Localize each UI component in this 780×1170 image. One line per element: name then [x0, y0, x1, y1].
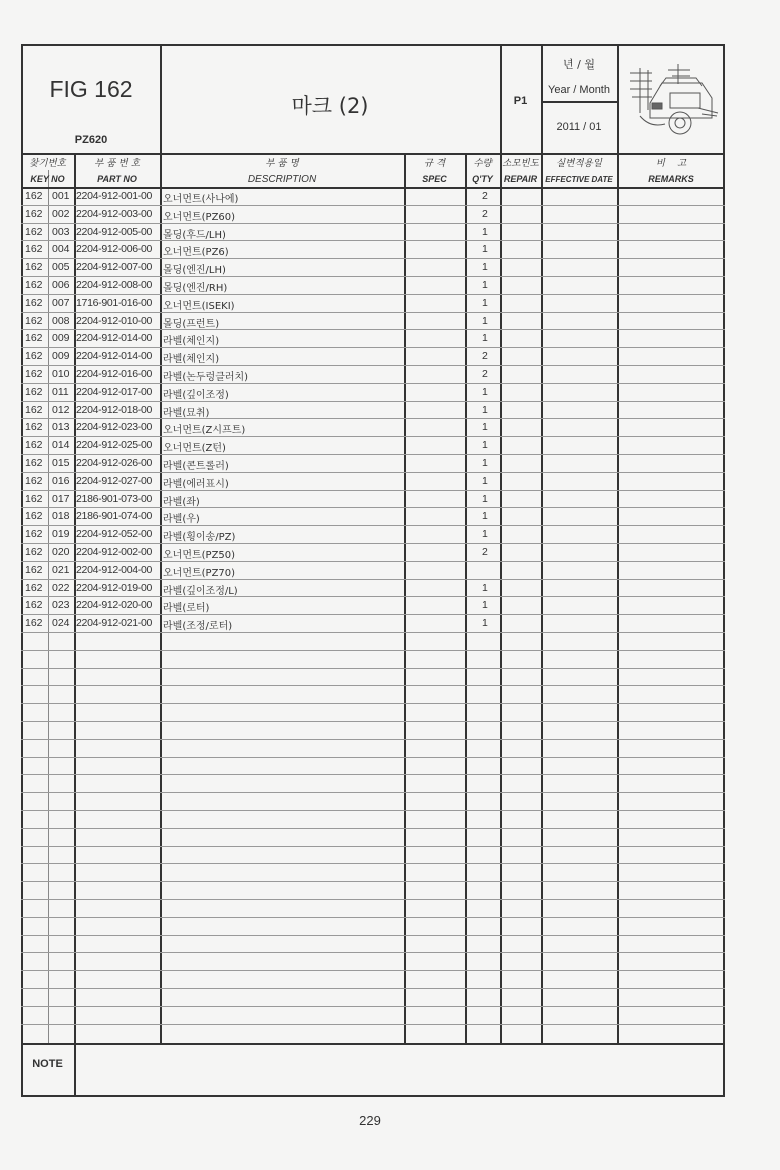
header-repair-en: REPAIR — [500, 174, 541, 184]
table-row: 1620202204-912-002-00오너먼트(PZ50)2 — [21, 544, 725, 562]
qty-cell: 1 — [482, 475, 488, 487]
fig-cell: 162 — [25, 368, 43, 380]
part-number-cell: 2204-912-001-00 — [76, 190, 152, 202]
description-cell: 오너먼트(Z턴) — [163, 439, 226, 454]
qty-cell: 1 — [482, 582, 488, 594]
key-cell: 001 — [52, 190, 70, 202]
description-cell: 오너먼트(ISEKI) — [163, 297, 235, 312]
fig-cell: 162 — [25, 564, 43, 576]
row-divider — [21, 436, 725, 437]
table-row: 1620071716-901-016-00오너먼트(ISEKI)1 — [21, 295, 725, 313]
table-row: 1620192204-912-052-00라벨(횡이송/PZ)1 — [21, 526, 725, 544]
fig-cell: 162 — [25, 457, 43, 469]
part-number-cell: 2204-912-018-00 — [76, 404, 152, 416]
qty-cell: 1 — [482, 243, 488, 255]
description-cell: 라벨(체인지) — [163, 332, 219, 347]
header-qty-en: Q'TY — [465, 174, 500, 184]
description-cell: 오너먼트(사나에) — [163, 190, 238, 205]
fig-cell: 162 — [25, 439, 43, 451]
row-divider — [21, 917, 725, 918]
row-divider — [21, 454, 725, 455]
qty-cell: 1 — [482, 528, 488, 540]
description-cell: 몰딩(후드/LH) — [163, 226, 226, 241]
row-divider — [21, 312, 725, 313]
header-spec-en: SPEC — [404, 174, 465, 184]
row-divider — [21, 294, 725, 295]
row-divider — [21, 596, 725, 597]
fig-cell: 162 — [25, 261, 43, 273]
header-qty-ko: 수량 — [465, 155, 500, 169]
part-number-cell: 2186-901-074-00 — [76, 510, 152, 522]
header-date-ko: 실변적용일 — [541, 155, 617, 169]
divider — [541, 101, 617, 103]
part-number-cell: 2204-912-016-00 — [76, 368, 152, 380]
row-divider — [21, 935, 725, 936]
row-divider — [21, 899, 725, 900]
header-repair-ko: 소모빈도 — [500, 155, 541, 169]
description-cell: 라벨(묘취) — [163, 404, 209, 419]
fig-cell: 162 — [25, 208, 43, 220]
key-cell: 024 — [52, 617, 70, 629]
part-number-cell: 2204-912-005-00 — [76, 226, 152, 238]
description-cell: 라벨(횡이송/PZ) — [163, 528, 235, 543]
key-cell: 021 — [52, 564, 70, 576]
table-row: 1620222204-912-019-00라벨(깊이조정/L)1 — [21, 580, 725, 598]
table-row: 1620102204-912-016-00라벨(논두렁클러치)2 — [21, 366, 725, 384]
header-key-en: KEY NO — [21, 174, 74, 184]
key-cell: 015 — [52, 457, 70, 469]
qty-cell: 1 — [482, 617, 488, 629]
part-number-cell: 2204-912-002-00 — [76, 546, 152, 558]
row-divider — [21, 258, 725, 259]
table-row: 1620122204-912-018-00라벨(묘취)1 — [21, 402, 725, 420]
qty-cell: 1 — [482, 439, 488, 451]
description-cell: 라벨(콘트롤러) — [163, 457, 229, 472]
description-cell: 오너먼트(Z시프트) — [163, 421, 245, 436]
row-divider — [21, 223, 725, 224]
row-divider — [21, 650, 725, 651]
table-row: 1620132204-912-023-00오너먼트(Z시프트)1 — [21, 419, 725, 437]
table-row: 1620092204-912-014-00라벨(체인지)1 — [21, 330, 725, 348]
fig-cell: 162 — [25, 226, 43, 238]
header-desc-en: DESCRIPTION — [160, 174, 404, 185]
row-divider — [21, 739, 725, 740]
page-code: P1 — [500, 95, 541, 107]
row-divider — [21, 952, 725, 953]
fig-cell: 162 — [25, 617, 43, 629]
key-cell: 019 — [52, 528, 70, 540]
row-divider — [21, 614, 725, 615]
key-cell: 009 — [52, 332, 70, 344]
qty-cell: 1 — [482, 279, 488, 291]
part-number-cell: 2186-901-073-00 — [76, 493, 152, 505]
table-row: 1620012204-912-001-00오너먼트(사나에)2 — [21, 188, 725, 206]
key-cell: 008 — [52, 315, 70, 327]
page-title: 마크 (2) — [160, 90, 500, 120]
qty-cell: 1 — [482, 261, 488, 273]
description-cell: 라벨(좌) — [163, 493, 200, 508]
row-divider — [21, 846, 725, 847]
part-number-cell: 2204-912-008-00 — [76, 279, 152, 291]
part-number-cell: 2204-912-027-00 — [76, 475, 152, 487]
row-divider — [21, 418, 725, 419]
table-row: 1620232204-912-020-00라벨(로터)1 — [21, 597, 725, 615]
key-cell: 011 — [52, 386, 69, 398]
part-number-cell: 1716-901-016-00 — [76, 297, 152, 309]
qty-cell: 1 — [482, 493, 488, 505]
table-row: 1620172186-901-073-00라벨(좌)1 — [21, 491, 725, 509]
description-cell: 오너먼트(PZ70) — [163, 564, 235, 579]
key-cell: 020 — [52, 546, 70, 558]
key-cell: 014 — [52, 439, 70, 451]
part-number-cell: 2204-912-014-00 — [76, 332, 152, 344]
year-month-value: 2011 / 01 — [541, 121, 617, 133]
key-cell: 013 — [52, 421, 70, 433]
description-cell: 오너먼트(PZ50) — [163, 546, 235, 561]
table-row: 1620152204-912-026-00라벨(콘트롤러)1 — [21, 455, 725, 473]
table-row: 1620052204-912-007-00몰딩(엔진/LH)1 — [21, 259, 725, 277]
header-date-en: EFFECTIVE DATE — [541, 175, 617, 184]
header-remarks-en: REMARKS — [617, 174, 725, 184]
part-number-cell: 2204-912-020-00 — [76, 599, 152, 611]
row-divider — [21, 543, 725, 544]
key-cell: 005 — [52, 261, 70, 273]
model-name: PZ620 — [22, 134, 160, 146]
fig-cell: 162 — [25, 493, 43, 505]
row-divider — [21, 490, 725, 491]
fig-cell: 162 — [25, 315, 43, 327]
row-divider — [21, 401, 725, 402]
description-cell: 라벨(우) — [163, 510, 200, 525]
table-row: 1620032204-912-005-00몰딩(후드/LH)1 — [21, 224, 725, 242]
description-cell: 라벨(에러표시) — [163, 475, 229, 490]
table-row: 1620162204-912-027-00라벨(에러표시)1 — [21, 473, 725, 491]
key-cell: 006 — [52, 279, 70, 291]
row-divider — [21, 685, 725, 686]
qty-cell: 1 — [482, 226, 488, 238]
row-divider — [21, 721, 725, 722]
row-divider — [21, 810, 725, 811]
part-number-cell: 2204-912-004-00 — [76, 564, 152, 576]
qty-cell: 1 — [482, 457, 488, 469]
qty-cell: 2 — [482, 546, 488, 558]
row-divider — [21, 970, 725, 971]
rice-transplanter-illustration-icon — [620, 48, 722, 148]
fig-cell: 162 — [25, 297, 43, 309]
qty-cell: 1 — [482, 315, 488, 327]
fig-cell: 162 — [25, 475, 43, 487]
key-cell: 002 — [52, 208, 70, 220]
fig-cell: 162 — [25, 528, 43, 540]
qty-cell: 1 — [482, 404, 488, 416]
key-cell: 010 — [52, 368, 70, 380]
fig-cell: 162 — [25, 243, 43, 255]
row-divider — [21, 703, 725, 704]
part-number-cell: 2204-912-003-00 — [76, 208, 152, 220]
part-number-cell: 2204-912-010-00 — [76, 315, 152, 327]
fig-cell: 162 — [25, 404, 43, 416]
page-number: 229 — [340, 1113, 400, 1128]
row-divider — [21, 205, 725, 206]
qty-cell: 2 — [482, 190, 488, 202]
row-divider — [21, 383, 725, 384]
header-desc-ko: 부 품 명 — [160, 155, 404, 169]
row-divider — [21, 365, 725, 366]
fig-cell: 162 — [25, 582, 43, 594]
fig-cell: 162 — [25, 546, 43, 558]
part-number-cell: 2204-912-025-00 — [76, 439, 152, 451]
row-divider — [21, 240, 725, 241]
table-row: 1620022204-912-003-00오너먼트(PZ60)2 — [21, 206, 725, 224]
fig-cell: 162 — [25, 510, 43, 522]
fig-cell: 162 — [25, 332, 43, 344]
row-divider — [21, 347, 725, 348]
header-part-en: PART NO — [74, 174, 160, 184]
note-label: NOTE — [21, 1058, 74, 1070]
description-cell: 라벨(깊이조정/L) — [163, 582, 238, 597]
qty-cell: 1 — [482, 386, 488, 398]
divider — [21, 1043, 725, 1045]
row-divider — [21, 329, 725, 330]
row-divider — [21, 276, 725, 277]
row-divider — [21, 774, 725, 775]
description-cell: 라벨(로터) — [163, 599, 209, 614]
row-divider — [21, 472, 725, 473]
fig-cell: 162 — [25, 599, 43, 611]
header-remarks-ko: 비 고 — [617, 155, 725, 169]
description-cell: 몰딩(프런트) — [163, 315, 219, 330]
part-number-cell: 2204-912-026-00 — [76, 457, 152, 469]
figure-number: FIG 162 — [22, 76, 160, 103]
fig-cell: 162 — [25, 421, 43, 433]
key-cell: 004 — [52, 243, 70, 255]
row-divider — [21, 757, 725, 758]
row-divider — [21, 579, 725, 580]
header-spec-ko: 규 격 — [404, 155, 465, 169]
row-divider — [21, 1006, 725, 1007]
part-number-cell: 2204-912-017-00 — [76, 386, 152, 398]
part-number-cell: 2204-912-052-00 — [76, 528, 152, 540]
row-divider — [21, 881, 725, 882]
qty-cell: 2 — [482, 350, 488, 362]
fig-cell: 162 — [25, 279, 43, 291]
key-cell: 012 — [52, 404, 70, 416]
description-cell: 라벨(체인지) — [163, 350, 219, 365]
table-row: 1620042204-912-006-00오너먼트(PZ6)1 — [21, 241, 725, 259]
table-row: 1620182186-901-074-00라벨(우)1 — [21, 508, 725, 526]
year-month-label-en: Year / Month — [541, 84, 617, 96]
description-cell: 몰딩(엔진/RH) — [163, 279, 227, 294]
table-row: 1620082204-912-010-00몰딩(프런트)1 — [21, 313, 725, 331]
part-number-cell: 2204-912-021-00 — [76, 617, 152, 629]
table-row: 1620242204-912-021-00라벨(조정/로터)1 — [21, 615, 725, 633]
row-divider — [21, 561, 725, 562]
key-cell: 022 — [52, 582, 70, 594]
row-divider — [21, 988, 725, 989]
part-number-cell: 2204-912-007-00 — [76, 261, 152, 273]
table-row: 1620212204-912-004-00오너먼트(PZ70) — [21, 562, 725, 580]
row-divider — [21, 863, 725, 864]
header-key-ko: 찾기번호 — [21, 155, 74, 169]
key-cell: 007 — [52, 297, 70, 309]
row-divider — [21, 668, 725, 669]
table-row: 1620092204-912-014-00라벨(체인지)2 — [21, 348, 725, 366]
header-part-ko: 부 품 번 호 — [74, 155, 160, 169]
key-cell: 003 — [52, 226, 70, 238]
key-cell: 018 — [52, 510, 70, 522]
qty-cell: 1 — [482, 332, 488, 344]
part-number-cell: 2204-912-019-00 — [76, 582, 152, 594]
table-row: 1620112204-912-017-00라벨(깊이조정)1 — [21, 384, 725, 402]
table-row: 1620062204-912-008-00몰딩(엔진/RH)1 — [21, 277, 725, 295]
year-month-label-ko: 년 / 월 — [541, 56, 617, 72]
description-cell: 라벨(논두렁클러치) — [163, 368, 248, 383]
qty-cell: 1 — [482, 599, 488, 611]
key-cell: 009 — [52, 350, 70, 362]
table-row: 1620142204-912-025-00오너먼트(Z턴)1 — [21, 437, 725, 455]
row-divider — [21, 632, 725, 633]
description-cell: 라벨(조정/로터) — [163, 617, 232, 632]
part-number-cell: 2204-912-023-00 — [76, 421, 152, 433]
fig-cell: 162 — [25, 386, 43, 398]
row-divider — [21, 792, 725, 793]
fig-cell: 162 — [25, 190, 43, 202]
description-cell: 몰딩(엔진/LH) — [163, 261, 226, 276]
qty-cell: 1 — [482, 297, 488, 309]
key-cell: 016 — [52, 475, 70, 487]
part-number-cell: 2204-912-014-00 — [76, 350, 152, 362]
row-divider — [21, 525, 725, 526]
qty-cell: 2 — [482, 208, 488, 220]
key-cell: 017 — [52, 493, 70, 505]
description-cell: 라벨(깊이조정) — [163, 386, 229, 401]
fig-cell: 162 — [25, 350, 43, 362]
row-divider — [21, 1024, 725, 1025]
description-cell: 오너먼트(PZ6) — [163, 243, 229, 258]
part-number-cell: 2204-912-006-00 — [76, 243, 152, 255]
qty-cell: 1 — [482, 510, 488, 522]
key-cell: 023 — [52, 599, 70, 611]
description-cell: 오너먼트(PZ60) — [163, 208, 235, 223]
row-divider — [21, 507, 725, 508]
row-divider — [21, 828, 725, 829]
qty-cell: 1 — [482, 421, 488, 433]
qty-cell: 2 — [482, 368, 488, 380]
